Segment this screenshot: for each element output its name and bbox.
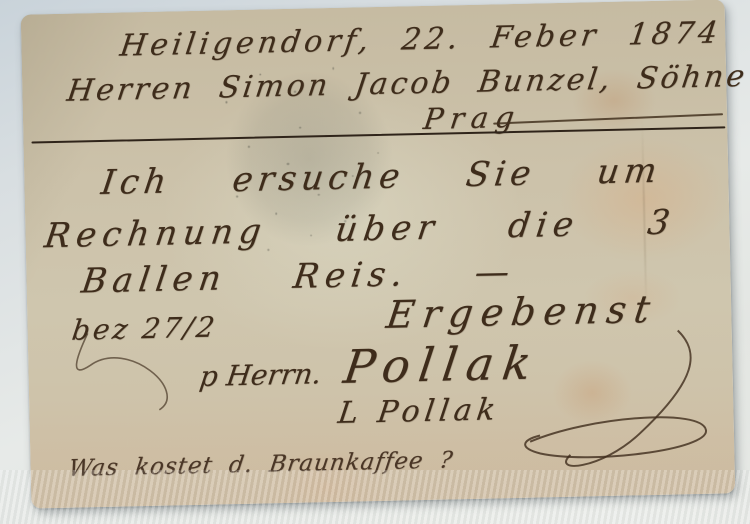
closing-text: Ergebenst: [384, 287, 661, 337]
city-underline-stroke: [493, 113, 723, 124]
postcard: Heiligendorf, 22. Feber 1874 Herren Simo…: [21, 0, 736, 509]
signature-full-text: L Pollak: [336, 392, 502, 431]
annotation-text: bez 27/2: [70, 310, 220, 346]
body-line-1: Ich ersuche Sie um: [99, 151, 664, 203]
dateline-text: Heiligendorf, 22. Feber 1874: [118, 15, 724, 63]
signature-prefix-text: p Herrn.: [198, 357, 324, 393]
postscript-text: Was kostet d. Braunkaffee ?: [67, 447, 455, 481]
body-line-2: Rechnung über die 3: [42, 202, 678, 256]
signature-line: p Herrn.Pollak: [197, 335, 543, 397]
recipient-text: Herren Simon Jacob Bunzel, Söhne: [65, 59, 750, 109]
signature-name-text: Pollak: [341, 335, 544, 393]
postcard-photo: Heiligendorf, 22. Feber 1874 Herren Simo…: [0, 0, 750, 524]
